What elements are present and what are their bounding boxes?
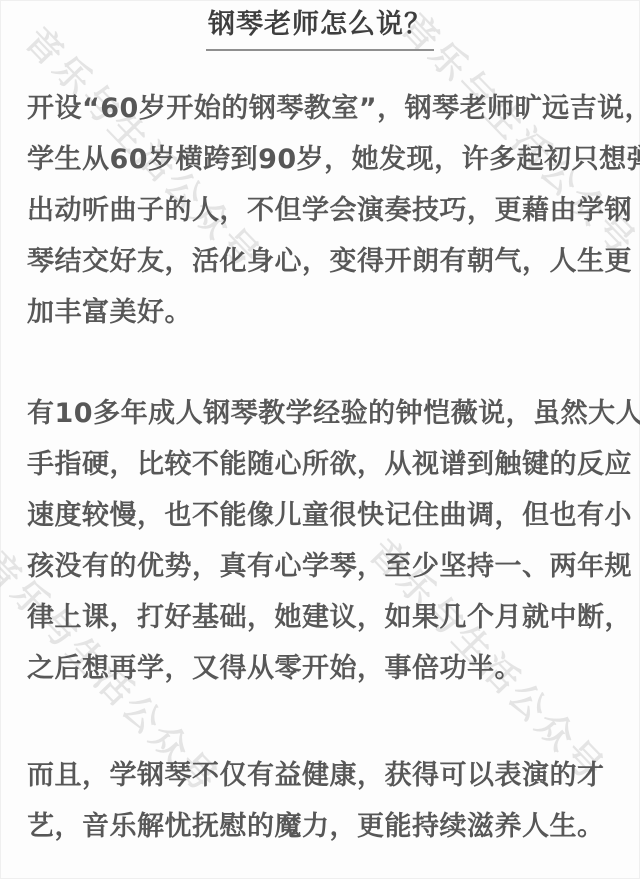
article-content: 钢琴老师怎么说？ 开设“60岁开始的钢琴教室”，钢琴老师旷远吉说， 学生从60岁…	[0, 10, 640, 852]
article-page: 音乐与生活公众号 音乐与生活公众号 音乐与生活公众号 音乐与生活公众号 钢琴老师…	[0, 0, 640, 879]
page-title: 钢琴老师怎么说？	[27, 10, 613, 40]
paragraph-3: 而且，学钢琴不仅有益健康，获得可以表演的才 艺，音乐解忧抚慰的魔力，更能持续滋养…	[27, 750, 613, 852]
title-divider	[206, 49, 434, 51]
paragraph-1: 开设“60岁开始的钢琴教室”，钢琴老师旷远吉说， 学生从60岁横跨到90岁，她发…	[27, 83, 613, 338]
paragraph-2: 有10多年成人钢琴教学经验的钟恺薇说，虽然大人 手指硬，比较不能随心所欲，从视谱…	[27, 388, 613, 694]
